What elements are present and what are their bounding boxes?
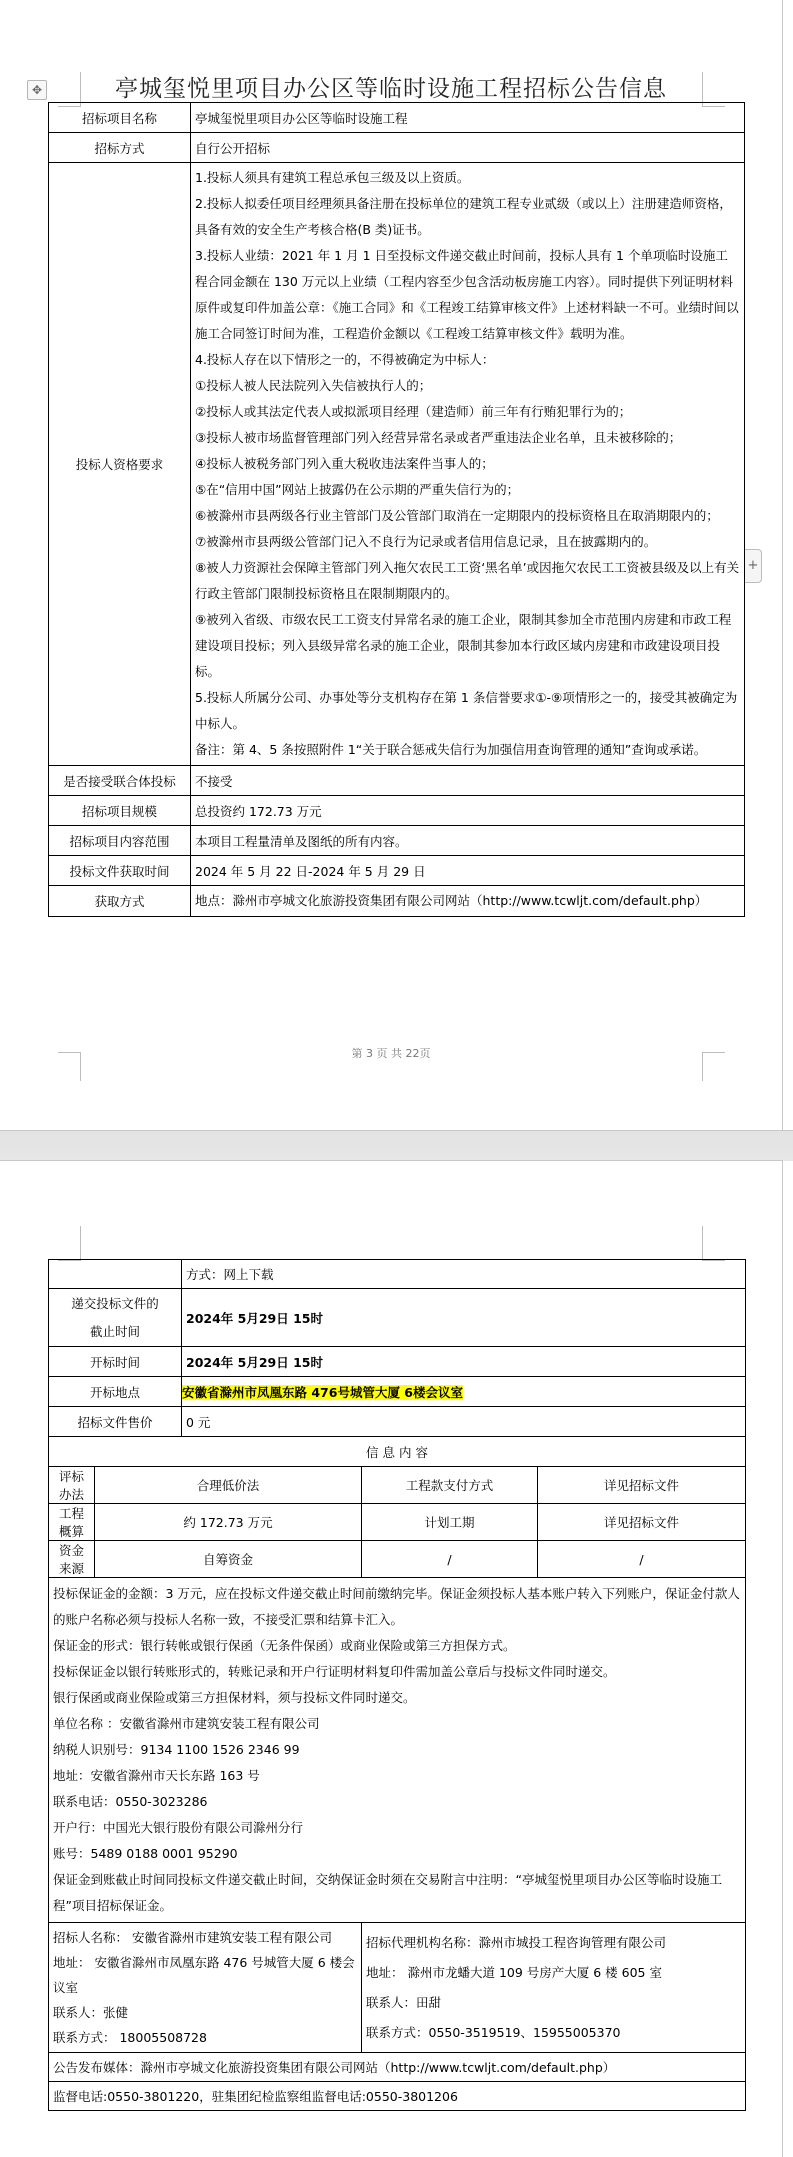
row-value: 安徽省滁州市凤凰东路 476号城管大厦 6楼会议室: [182, 1377, 746, 1407]
tender-info-table: 招标项目名称 亭城玺悦里项目办公区等临时设施工程 招标方式 自行公开招标 投标人…: [48, 102, 745, 917]
requirement-line: 5.投标人所属分公司、办事处等分支机构存在第 1 条信誉要求①-⑨项情形之一的，…: [195, 685, 740, 737]
info-cell: 自筹资金: [95, 1541, 362, 1578]
crop-mark: [58, 1226, 81, 1261]
row-label: 是否接受联合体投标: [49, 766, 191, 796]
table-row: 投标人资格要求 1.投标人须具有建筑工程总承包三级及以上资质。 2.投标人拟委任…: [49, 163, 745, 766]
requirement-line: 4.投标人存在以下情形之一的，不得被确定为中标人：: [195, 347, 740, 373]
tenderer-phone: 联系方式： 18005508728: [53, 2025, 357, 2050]
table-row: 监督电话:0550-3801220，驻集团纪检监察组监督电话:0550-3801…: [49, 2082, 746, 2111]
tenderer-contact: 联系人：张健: [53, 2000, 357, 2025]
row-value: 总投资约 172.73 万元: [191, 796, 745, 826]
info-cell: 工程款支付方式: [362, 1467, 538, 1504]
requirement-line: ⑧被人力资源社会保障主管部门列入拖欠农民工工资‘黑名单’或因拖欠农民工工资被县级…: [195, 555, 740, 607]
info-cell: 计划工期: [362, 1504, 538, 1541]
info-cell: 详见招标文件: [538, 1467, 746, 1504]
table-row: 投标文件获取时间 2024 年 5 月 22 日-2024 年 5 月 29 日: [49, 856, 745, 886]
table-row: 招标项目名称 亭城玺悦里项目办公区等临时设施工程: [49, 103, 745, 133]
tenderer-address: 地址： 安徽省滁州市凤凰东路 476 号城管大厦 6 楼会议室: [53, 1950, 357, 2000]
info-cell: 资金来源: [49, 1541, 95, 1578]
info-cell: 约 172.73 万元: [95, 1504, 362, 1541]
row-label: 递交投标文件的截止时间: [49, 1289, 182, 1347]
tenderer-name: 招标人名称： 安徽省滁州市建筑安装工程有限公司: [53, 1925, 357, 1950]
requirement-line: 备注：第 4、5 条按照附件 1“关于联合惩戒失信行为加强信用查询管理的通知”查…: [195, 737, 740, 763]
add-column-icon[interactable]: +: [745, 549, 762, 583]
row-value: 不接受: [191, 766, 745, 796]
deposit-info: 投标保证金的金额：3 万元，应在投标文件递交截止时间前缴纳完毕。保证金须投标人基…: [49, 1578, 746, 1923]
agency-contact: 联系人：田甜: [366, 1988, 741, 2018]
table-row: 是否接受联合体投标 不接受: [49, 766, 745, 796]
document-title: 亭城玺悦里项目办公区等临时设施工程招标公告信息: [0, 70, 782, 103]
row-value: 自行公开招标: [191, 133, 745, 163]
deposit-line: 保证金到账截止时间同投标文件递交截止时间，交纳保证金时须在交易附言中注明：“亭城…: [53, 1867, 741, 1919]
row-label: 获取方式: [49, 886, 191, 917]
deposit-line: 银行保函或商业保险或第三方担保材料，须与投标文件同时递交。: [53, 1685, 741, 1711]
publish-media: 公告发布媒体：滁州市亭城文化旅游投资集团有限公司网站（http://www.tc…: [49, 2053, 746, 2082]
info-cell: 详见招标文件: [538, 1504, 746, 1541]
table-row: 公告发布媒体：滁州市亭城文化旅游投资集团有限公司网站（http://www.tc…: [49, 2053, 746, 2082]
row-label: 招标文件售价: [49, 1407, 182, 1437]
supervision-phone: 监督电话:0550-3801220，驻集团纪检监察组监督电话:0550-3801…: [49, 2082, 746, 2111]
row-value: 方式：网上下载: [182, 1260, 746, 1289]
table-row: 招标文件售价 0 元: [49, 1407, 746, 1437]
info-cell: 评标办法: [49, 1467, 95, 1504]
row-label: 招标项目内容范围: [49, 826, 191, 856]
info-cell: /: [362, 1541, 538, 1578]
document-page-2: 方式：网上下载 递交投标文件的截止时间 2024年 5月29日 15时 开标时间…: [0, 1160, 783, 2157]
table-row: 招标项目规模 总投资约 172.73 万元: [49, 796, 745, 826]
table-row: 投标保证金的金额：3 万元，应在投标文件递交截止时间前缴纳完毕。保证金须投标人基…: [49, 1578, 746, 1923]
row-label: 招标项目规模: [49, 796, 191, 826]
table-row: 招标方式 自行公开招标: [49, 133, 745, 163]
obtain-location: 地点：滁州市亭城文化旅游投资集团有限公司网站（http://www.tcwljt…: [191, 886, 745, 917]
requirement-line: ⑨被列入省级、市级农民工工资支付异常名录的施工企业，限制其参加全市范围内房建和市…: [195, 607, 740, 685]
deposit-line: 账号：5489 0188 0001 95290: [53, 1841, 741, 1867]
crop-mark: [702, 1226, 725, 1261]
table-row: 信 息 内 容: [49, 1437, 746, 1467]
row-label: 开标地点: [49, 1377, 182, 1407]
table-row: 资金来源 自筹资金 / /: [49, 1541, 746, 1578]
table-row: 方式：网上下载: [49, 1260, 746, 1289]
highlighted-location: 安徽省滁州市凤凰东路 476号城管大厦 6楼会议室: [182, 1385, 463, 1400]
table-row: 开标地点 安徽省滁州市凤凰东路 476号城管大厦 6楼会议室: [49, 1377, 746, 1407]
agency-phone: 联系方式：0550-3519519、15955005370: [366, 2018, 741, 2048]
tenderer-info: 招标人名称： 安徽省滁州市建筑安装工程有限公司 地址： 安徽省滁州市凤凰东路 4…: [49, 1923, 362, 2053]
table-row: 工程概算 约 172.73 万元 计划工期 详见招标文件: [49, 1504, 746, 1541]
table-row: 评标办法 合理低价法 工程款支付方式 详见招标文件: [49, 1467, 746, 1504]
row-value: 2024年 5月29日 15时: [182, 1289, 746, 1347]
requirement-line: ⑦被滁州市县两级公管部门记入不良行为记录或者信用信息记录，且在披露期内的。: [195, 529, 740, 555]
tender-info-table-continued: 方式：网上下载 递交投标文件的截止时间 2024年 5月29日 15时 开标时间…: [48, 1259, 746, 2111]
qualification-requirements: 1.投标人须具有建筑工程总承包三级及以上资质。 2.投标人拟委任项目经理须具备注…: [191, 163, 745, 766]
table-row: 招标项目内容范围 本项目工程量清单及图纸的所有内容。: [49, 826, 745, 856]
table-row: 获取方式 地点：滁州市亭城文化旅游投资集团有限公司网站（http://www.t…: [49, 886, 745, 917]
agency-info: 招标代理机构名称：滁州市城投工程咨询管理有限公司 地址： 滁州市龙蟠大道 109…: [362, 1923, 746, 2053]
row-value: 2024 年 5 月 22 日-2024 年 5 月 29 日: [191, 856, 745, 886]
deposit-line: 纳税人识别号：9134 1100 1526 2346 99: [53, 1737, 741, 1763]
requirement-line: ⑤在“信用中国”网站上披露仍在公示期的严重失信行为的；: [195, 477, 740, 503]
row-label: 招标项目名称: [49, 103, 191, 133]
row-value: 本项目工程量清单及图纸的所有内容。: [191, 826, 745, 856]
requirement-line: ①投标人被人民法院列入失信被执行人的；: [195, 373, 740, 399]
info-cell: 工程概算: [49, 1504, 95, 1541]
agency-name: 招标代理机构名称：滁州市城投工程咨询管理有限公司: [366, 1928, 741, 1958]
deposit-line: 联系电话：0550-3023286: [53, 1789, 741, 1815]
row-label: 开标时间: [49, 1347, 182, 1377]
requirement-line: 3.投标人业绩：2021 年 1 月 1 日至投标文件递交截止时间前，投标人具有…: [195, 243, 740, 347]
row-label: 招标方式: [49, 133, 191, 163]
requirement-line: ③投标人被市场监督管理部门列入经营异常名录或者严重违法企业名单，且未被移除的；: [195, 425, 740, 451]
page-separator: [0, 1130, 793, 1161]
deposit-line: 开户行：中国光大银行股份有限公司滁州分行: [53, 1815, 741, 1841]
row-value: 0 元: [182, 1407, 746, 1437]
row-label: 投标人资格要求: [49, 163, 191, 766]
row-label: 投标文件获取时间: [49, 856, 191, 886]
table-row: 递交投标文件的截止时间 2024年 5月29日 15时: [49, 1289, 746, 1347]
row-value: 2024年 5月29日 15时: [182, 1347, 746, 1377]
row-value: 亭城玺悦里项目办公区等临时设施工程: [191, 103, 745, 133]
page-number-footer: 第 3 页 共 22页: [0, 1045, 782, 1061]
deposit-line: 单位名称 ：安徽省滁州市建筑安装工程有限公司: [53, 1711, 741, 1737]
deposit-line: 投标保证金的金额：3 万元，应在投标文件递交截止时间前缴纳完毕。保证金须投标人基…: [53, 1581, 741, 1633]
document-page-1: ✥ 亭城玺悦里项目办公区等临时设施工程招标公告信息 招标项目名称 亭城玺悦里项目…: [0, 0, 783, 1130]
row-label: [49, 1260, 182, 1289]
deposit-line: 投标保证金以银行转账形式的，转账记录和开户行证明材料复印件需加盖公章后与投标文件…: [53, 1659, 741, 1685]
requirement-line: ④投标人被税务部门列入重大税收违法案件当事人的；: [195, 451, 740, 477]
deposit-line: 地址：安徽省滁州市天长东路 163 号: [53, 1763, 741, 1789]
info-cell: 合理低价法: [95, 1467, 362, 1504]
info-cell: /: [538, 1541, 746, 1578]
table-row: 开标时间 2024年 5月29日 15时: [49, 1347, 746, 1377]
requirement-line: ⑥被滁州市县两级各行业主管部门及公管部门取消在一定期限内的投标资格且在取消期限内…: [195, 503, 740, 529]
requirement-line: ②投标人或其法定代表人或拟派项目经理（建造师）前三年有行贿犯罪行为的；: [195, 399, 740, 425]
agency-address: 地址： 滁州市龙蟠大道 109 号房产大厦 6 楼 605 室: [366, 1958, 741, 1988]
deposit-line: 保证金的形式：银行转帐或银行保函（无条件保函）或商业保险或第三方担保方式。: [53, 1633, 741, 1659]
info-section-header: 信 息 内 容: [49, 1437, 746, 1467]
requirement-line: 1.投标人须具有建筑工程总承包三级及以上资质。: [195, 165, 740, 191]
table-row: 招标人名称： 安徽省滁州市建筑安装工程有限公司 地址： 安徽省滁州市凤凰东路 4…: [49, 1923, 746, 2053]
requirement-line: 2.投标人拟委任项目经理须具备注册在投标单位的建筑工程专业贰级（或以上）注册建造…: [195, 191, 740, 243]
